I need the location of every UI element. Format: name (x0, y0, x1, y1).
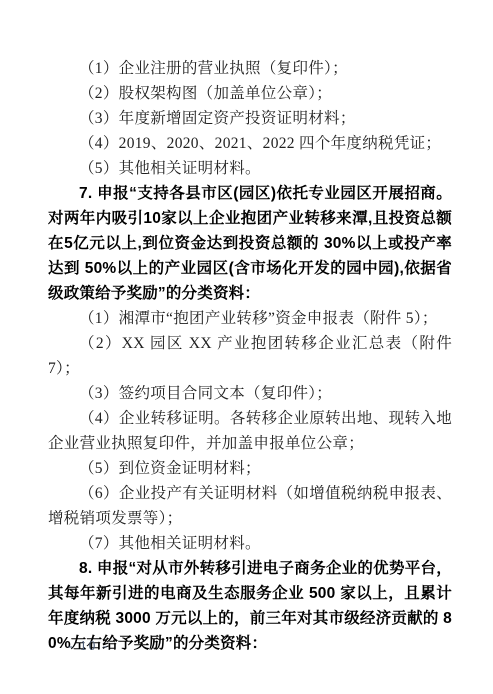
list-item: （2）股权架构图（加盖单位公章）； (48, 81, 452, 106)
list-item: （5）到位资金证明材料； (48, 456, 452, 481)
clause-7-heading: 7. 申报“支持各县市区(园区)依托专业园区开展招商。对两年内吸引10家以上企业… (48, 181, 452, 306)
list-item: （5）其他相关证明材料。 (48, 156, 452, 181)
list-item: （4）企业转移证明。各转移企业原转出地、现转入地企业营业执照复印件，并加盖申报单… (48, 406, 452, 456)
list-item: （6）企业投产有关证明材料（如增值税纳税申报表、增税销项发票等）； (48, 481, 452, 531)
list-item: （3）年度新增固定资产投资证明材料； (48, 106, 452, 131)
list-item: （2）XX 园区 XX 产业抱团转移企业汇总表（附件 7）； (48, 331, 452, 381)
document-body: （1）企业注册的营业执照（复印件）； （2）股权架构图（加盖单位公章）； （3）… (48, 56, 452, 656)
list-item: （1）企业注册的营业执照（复印件）； (48, 56, 452, 81)
list-item: （4）2019、2020、2021、2022 四个年度纳税凭证； (48, 131, 452, 156)
list-item: （3）签约项目合同文本（复印件）； (48, 381, 452, 406)
document-page: （1）企业注册的营业执照（复印件）； （2）股权架构图（加盖单位公章）； （3）… (0, 0, 493, 694)
list-item: （7）其他相关证明材料。 (48, 531, 452, 556)
list-item: （1）湘潭市“抱团产业转移”资金申报表（附件 5）； (48, 306, 452, 331)
page-number: - 10 - (68, 637, 109, 655)
